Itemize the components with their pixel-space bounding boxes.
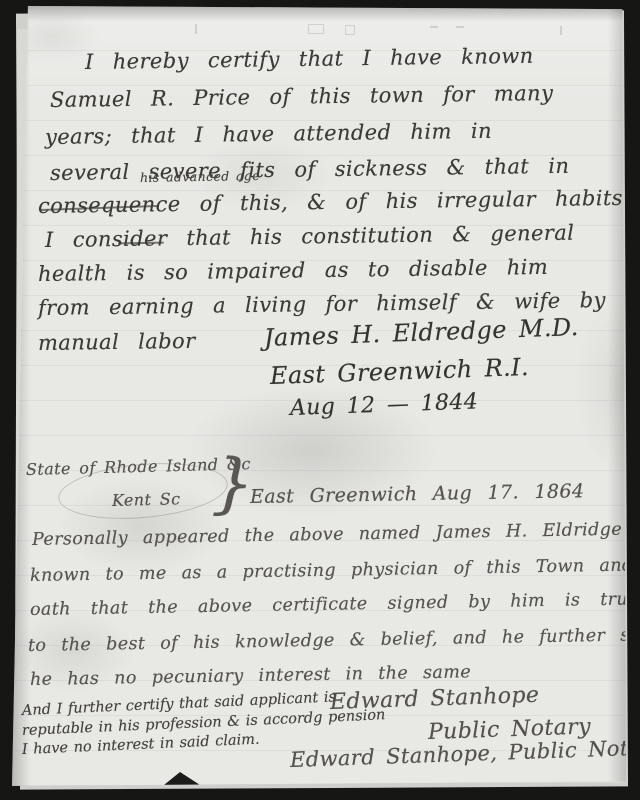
pencil-mark [430,26,438,28]
notary-line: he has no pecuniary interest in the same [30,664,471,689]
signature-place: East Greenwich R.I. [270,355,530,388]
notary-place-date: East Greenwich Aug 17. 1864 [250,482,585,507]
notary-signature-full: Edward Stanhope, Public Notary [290,737,626,771]
pencil-mark [560,26,562,35]
certificate-line: I hereby certify that I have known [85,46,534,73]
notary-line: oath that the above certificate signed b… [30,591,626,619]
document-scan: { "page": { "background_color": "#161615… [0,0,640,800]
pencil-mark [308,24,324,34]
edge-blemish [164,772,200,785]
certificate-line: health is so impaired as to disable him [38,257,548,285]
certificate-line: consequence of this, & of his irregular … [38,188,626,217]
certificate-line: several severe fits of sickness & that i… [50,156,570,184]
jurat-brace: } [211,450,256,517]
notary-line: to the best of his knowledge & belief, a… [28,626,626,655]
physician-signature: James H. Eldredge M.D. [264,315,579,350]
certificate-line: Samuel R. Price of this town for many [50,83,554,111]
pencil-mark [195,24,197,34]
pencil-mark [345,25,355,35]
notary-line: Personally appeared the above named Jame… [32,521,626,550]
signature-date: Aug 12 — 1844 [290,391,479,420]
certificate-line: years; that I have attended him in [45,121,492,148]
interlined-insertion: his advanced age [140,170,260,185]
document-page: I hereby certify that I have known Samue… [12,6,626,786]
certificate-line: I consider that his constitution & gener… [45,223,575,251]
certificate-line: manual labor [38,331,196,354]
pencil-mark [456,26,464,28]
notary-line: known to me as a practising physician of… [30,556,626,585]
